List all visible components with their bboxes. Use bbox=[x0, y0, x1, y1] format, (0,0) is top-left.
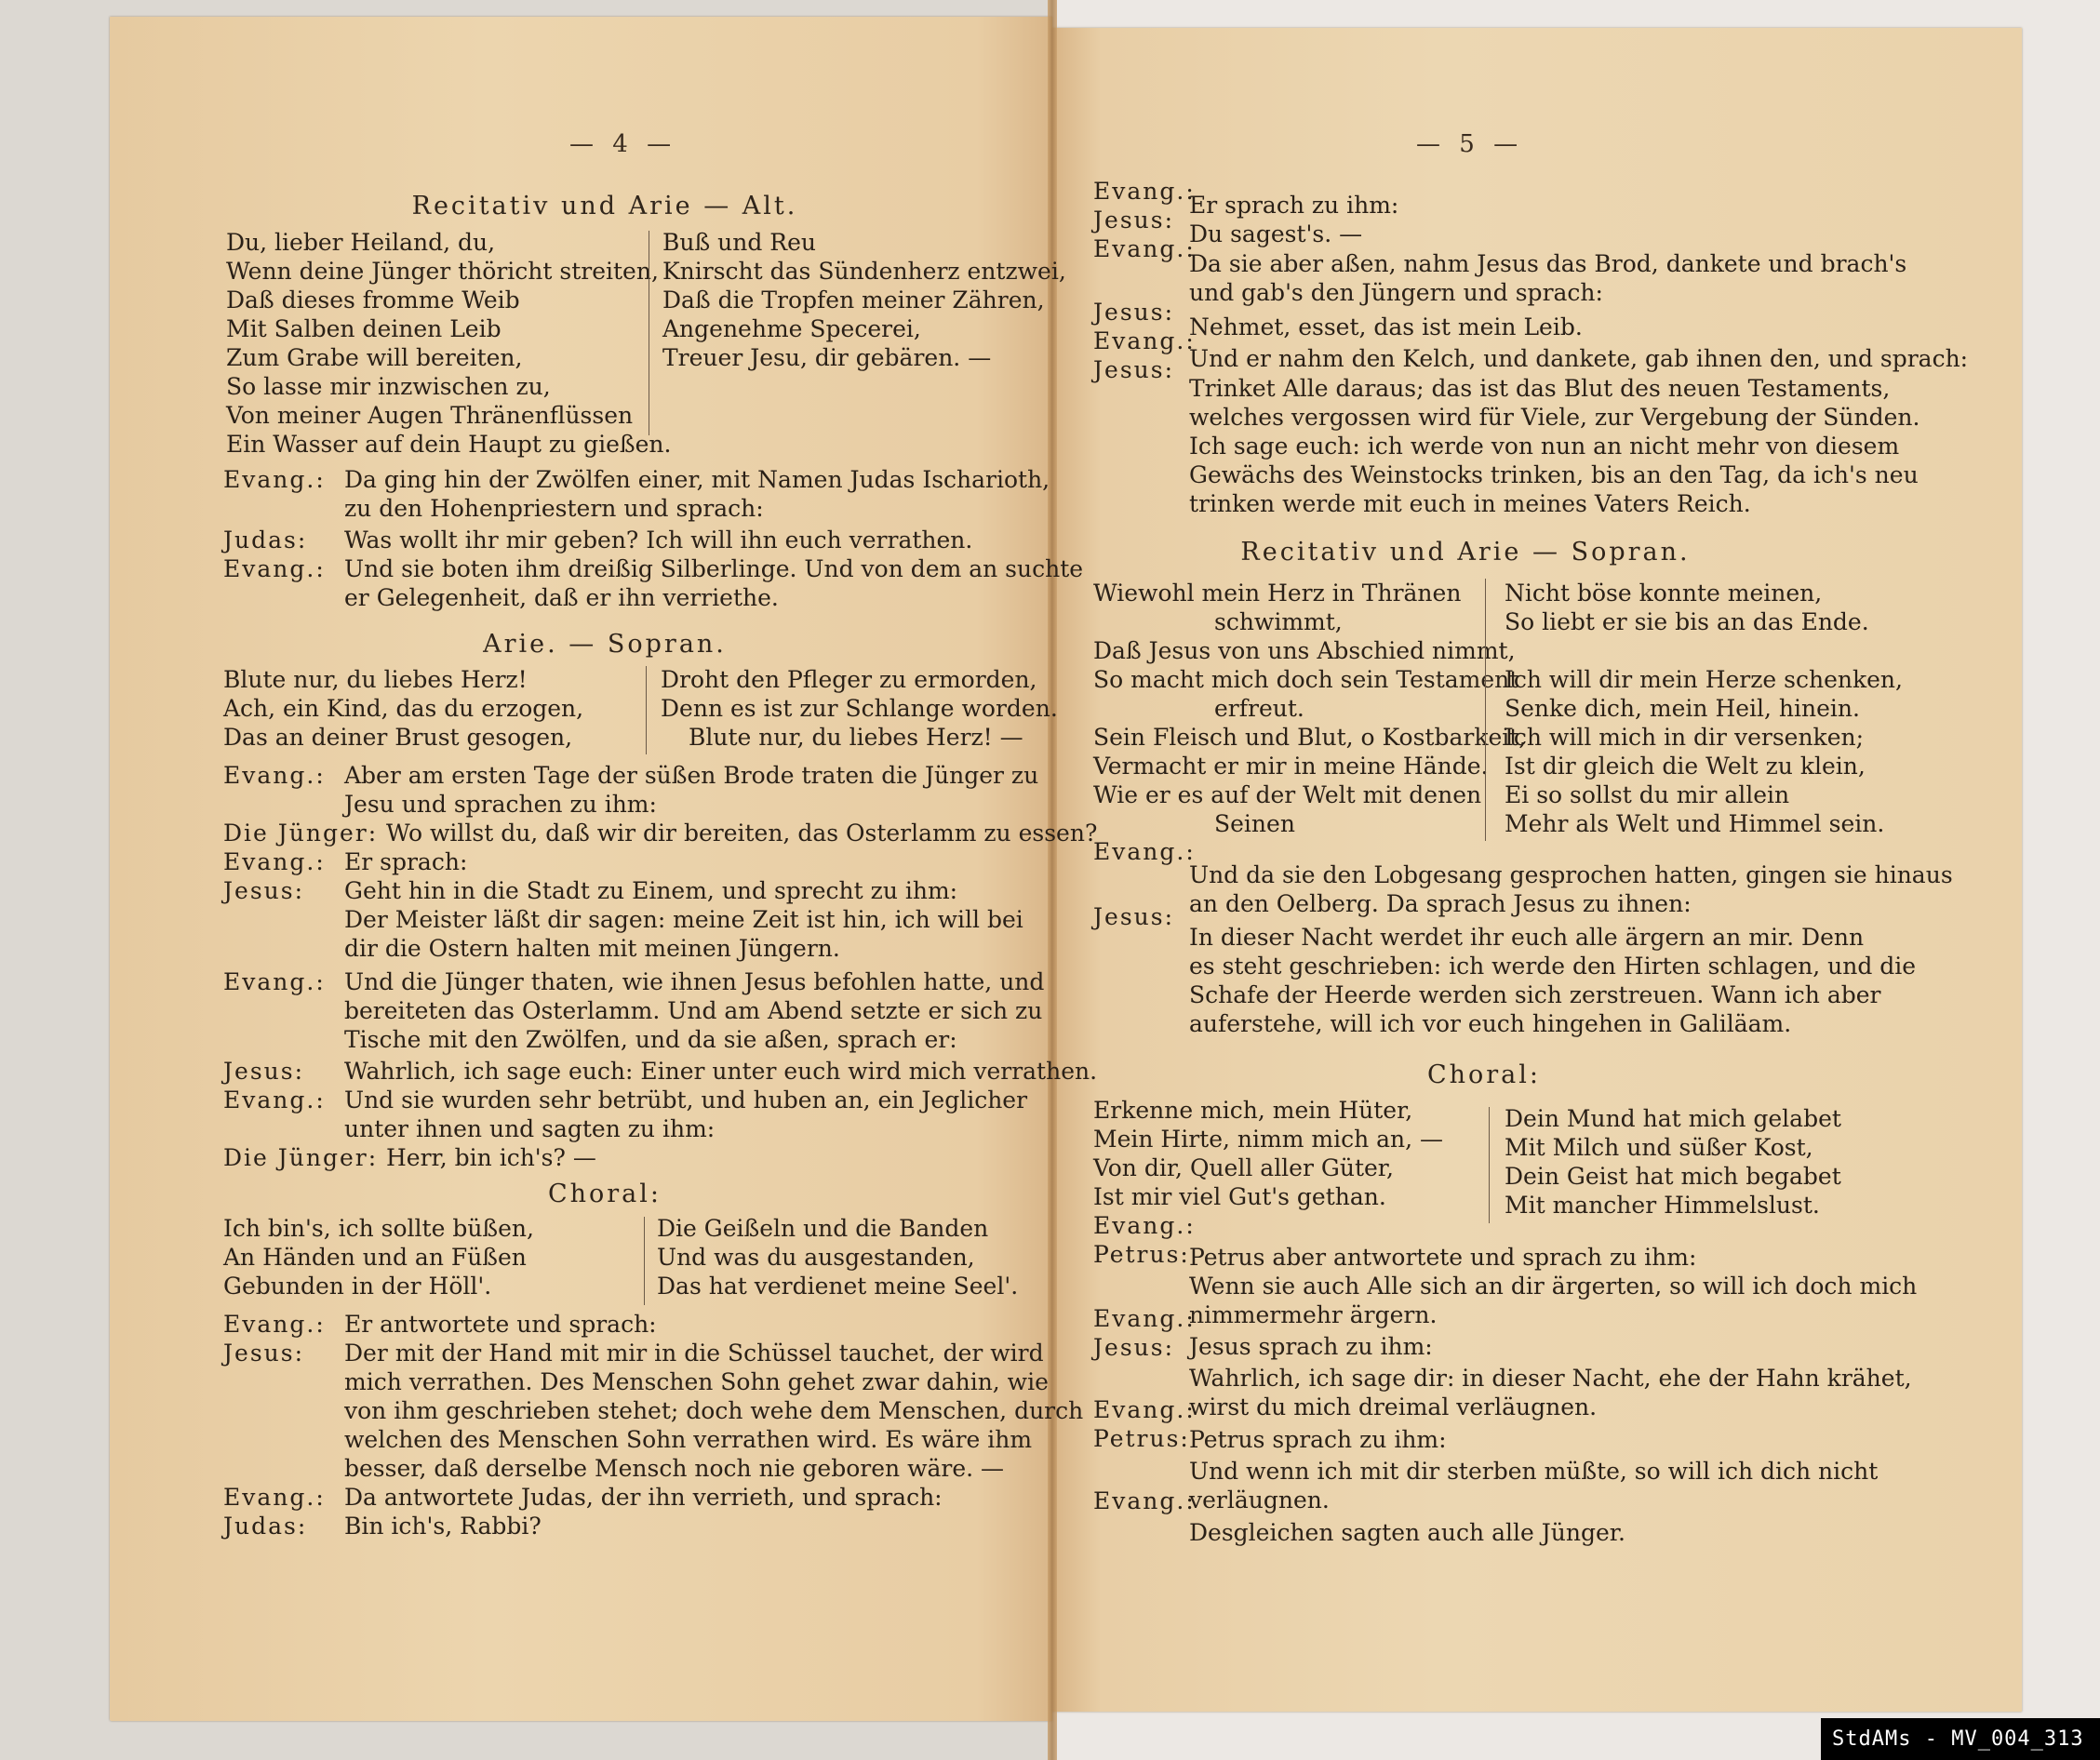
verse-line: Ist dir gleich die Welt zu klein, bbox=[1505, 752, 1866, 780]
column-divider bbox=[1489, 1107, 1490, 1223]
dialogue-line: Nehmet, esset, das ist mein Leib. bbox=[1189, 313, 1583, 341]
speaker-label: Jesus: bbox=[223, 876, 304, 905]
dialogue-line: Und die Jünger thaten, wie ihnen Jesus b… bbox=[344, 967, 1044, 996]
verse-line: Dein Mund hat mich gelabet bbox=[1505, 1104, 1841, 1133]
dialogue-line: Trinket Alle daraus; das ist das Blut de… bbox=[1189, 374, 1890, 403]
dialogue-line: Wo willst du, daß wir dir bereiten, das … bbox=[386, 819, 1097, 847]
dialogue-line: welchen des Menschen Sohn verrathen wird… bbox=[344, 1425, 1032, 1454]
speaker-label: Petrus: bbox=[1093, 1424, 1190, 1453]
speaker-label: Evang.: bbox=[1093, 1395, 1196, 1424]
column-divider bbox=[644, 1217, 645, 1305]
speaker-label: Jesus: bbox=[1093, 298, 1174, 327]
verse-line: Daß dieses fromme Weib bbox=[226, 286, 520, 314]
dialogue-line: Und wenn ich mit dir sterben müßte, so w… bbox=[1189, 1457, 1878, 1486]
verse-line: Angenehme Specerei, bbox=[662, 314, 921, 343]
dialogue-line: und gab's den Jüngern und sprach: bbox=[1189, 278, 1603, 307]
dialogue-line: Petrus sprach zu ihm: bbox=[1189, 1425, 1447, 1454]
section-title: Recitativ und Arie — Alt. bbox=[372, 192, 837, 220]
dialogue-line: Bin ich's, Rabbi? bbox=[344, 1512, 542, 1540]
verse-line: Gebunden in der Höll'. bbox=[223, 1272, 491, 1300]
speaker-label: Jesus: bbox=[1093, 902, 1174, 931]
dialogue-line: Was wollt ihr mir geben? Ich will ihn eu… bbox=[344, 526, 972, 554]
dialogue-line: Ich sage euch: ich werde von nun an nich… bbox=[1189, 432, 1899, 460]
speaker-label: Jesus: bbox=[1093, 355, 1174, 384]
dialogue-line: Tische mit den Zwölfen, und da sie aßen,… bbox=[344, 1025, 957, 1054]
speaker-label: Evang.: bbox=[223, 465, 326, 494]
dialogue-line: Da antwortete Judas, der ihn verrieth, u… bbox=[344, 1483, 943, 1512]
verse-line: Knirscht das Sündenherz entzwei, bbox=[662, 257, 1066, 286]
column-divider bbox=[646, 666, 647, 754]
section-title: Choral: bbox=[465, 1180, 744, 1208]
verse-line: So liebt er sie bis an das Ende. bbox=[1505, 607, 1869, 636]
speaker-label: Evang.: bbox=[1093, 177, 1196, 206]
dialogue-line: dir die Ostern halten mit meinen Jüngern… bbox=[344, 934, 840, 963]
speaker-label: Jesus: bbox=[223, 1057, 304, 1086]
dialogue-line: Wahrlich, ich sage dir: in dieser Nacht,… bbox=[1189, 1364, 1912, 1393]
verse-line: Wie er es auf der Welt mit denen bbox=[1093, 780, 1481, 809]
speaker-label: Evang.: bbox=[1093, 837, 1196, 866]
verse-line: So lasse mir inzwischen zu, bbox=[226, 372, 551, 401]
verse-line: Dein Geist hat mich begabet bbox=[1505, 1162, 1841, 1191]
dialogue-line: auferstehe, will ich vor euch hingehen i… bbox=[1189, 1009, 1791, 1038]
verse-line: Vermacht er mir in meine Hände. bbox=[1093, 752, 1488, 780]
speaker-label: Jesus: bbox=[1093, 206, 1174, 234]
verse-line: Daß die Tropfen meiner Zähren, bbox=[662, 286, 1045, 314]
verse-line: Senke dich, mein Heil, hinein. bbox=[1505, 694, 1860, 723]
verse-line: Mit mancher Himmelslust. bbox=[1505, 1191, 1820, 1220]
section-title: Recitativ und Arie — Sopran. bbox=[1210, 538, 1721, 567]
column-divider bbox=[649, 231, 649, 435]
verse-line: Mit Salben deinen Leib bbox=[226, 314, 502, 343]
verse-line: Mehr als Welt und Himmel sein. bbox=[1505, 809, 1884, 838]
speaker-label: Evang.: bbox=[223, 847, 326, 876]
dialogue-line: er Gelegenheit, daß er ihn verriethe. bbox=[344, 583, 779, 612]
page-number-right: — 5 — bbox=[1416, 130, 1523, 158]
verse-line: Wiewohl mein Herz in Thränen bbox=[1093, 579, 1461, 607]
verse-line: schwimmt, bbox=[1214, 607, 1343, 636]
dialogue-line: Schafe der Heerde werden sich zerstreuen… bbox=[1189, 980, 1880, 1009]
dialogue-line: mich verrathen. Des Menschen Sohn gehet … bbox=[344, 1367, 1049, 1396]
verse-line: Ich bin's, ich sollte büßen, bbox=[223, 1214, 534, 1243]
dialogue-line: Er sprach zu ihm: bbox=[1189, 191, 1398, 220]
verse-line: Denn es ist zur Schlange worden. bbox=[661, 694, 1058, 723]
speaker-label: Evang.: bbox=[1093, 1304, 1196, 1333]
verse-line: Seinen bbox=[1214, 809, 1295, 838]
speaker-label: Die Jünger: bbox=[223, 819, 378, 847]
verse-line: Ei so sollst du mir allein bbox=[1505, 780, 1789, 809]
speaker-label: Petrus: bbox=[1093, 1240, 1190, 1269]
verse-line: Treuer Jesu, dir gebären. — bbox=[662, 343, 991, 372]
dialogue-line: Der mit der Hand mit mir in die Schüssel… bbox=[344, 1339, 1044, 1367]
verse-line: So macht mich doch sein Testament bbox=[1093, 665, 1518, 694]
archive-label: StdAMs - MV_004_313 bbox=[1821, 1718, 2100, 1760]
verse-line: Ach, ein Kind, das du erzogen, bbox=[223, 694, 583, 723]
speaker-label: Evang.: bbox=[1093, 1487, 1196, 1515]
dialogue-line: nimmermehr ärgern. bbox=[1189, 1300, 1437, 1329]
dialogue-line: bereiteten das Osterlamm. Und am Abend s… bbox=[344, 996, 1042, 1025]
dialogue-line: verläugnen. bbox=[1189, 1486, 1330, 1514]
verse-line: Du, lieber Heiland, du, bbox=[226, 228, 495, 257]
dialogue-line: Wahrlich, ich sage euch: Einer unter euc… bbox=[344, 1057, 1097, 1086]
dialogue-line: Und sie wurden sehr betrübt, und huben a… bbox=[344, 1086, 1027, 1114]
dialogue-line: es steht geschrieben: ich werde den Hirt… bbox=[1189, 952, 1916, 980]
speaker-label: Evang.: bbox=[1093, 327, 1196, 355]
speaker-label: Evang.: bbox=[223, 1483, 326, 1512]
verse-line: Nicht böse konnte meinen, bbox=[1505, 579, 1822, 607]
dialogue-line: Du sagest's. — bbox=[1189, 220, 1362, 248]
dialogue-line: Wenn sie auch Alle sich an dir ärgerten,… bbox=[1189, 1272, 1917, 1300]
dialogue-line: von ihm geschrieben stehet; doch wehe de… bbox=[344, 1396, 1083, 1425]
dialogue-line: Petrus aber antwortete und sprach zu ihm… bbox=[1189, 1243, 1696, 1272]
verse-line: Ich will mich in dir versenken; bbox=[1505, 723, 1864, 752]
dialogue-line: In dieser Nacht werdet ihr euch alle ärg… bbox=[1189, 923, 1864, 952]
verse-line: Wenn deine Jünger thöricht streiten, bbox=[226, 257, 659, 286]
speaker-label: Jesus: bbox=[1093, 1333, 1174, 1362]
dialogue-line: zu den Hohenpriestern und sprach: bbox=[344, 494, 764, 523]
verse-line: Das an deiner Brust gesogen, bbox=[223, 723, 572, 752]
verse-line: Ich will dir mein Herze schenken, bbox=[1505, 665, 1903, 694]
dialogue-line: Er antwortete und sprach: bbox=[344, 1310, 657, 1339]
dialogue-line: unter ihnen und sagten zu ihm: bbox=[344, 1114, 715, 1143]
verse-line: Die Geißeln und die Banden bbox=[657, 1214, 988, 1243]
speaker-label: Evang.: bbox=[223, 1086, 326, 1114]
verse-line: Buß und Reu bbox=[662, 228, 816, 257]
verse-line: Mein Hirte, nimm mich an, — bbox=[1093, 1125, 1443, 1153]
speaker-label: Evang.: bbox=[1093, 1211, 1196, 1240]
speaker-label: Jesus: bbox=[223, 1339, 304, 1367]
verse-line: Von dir, Quell aller Güter, bbox=[1093, 1153, 1394, 1182]
verse-line: Daß Jesus von uns Abschied nimmt, bbox=[1093, 636, 1516, 665]
speaker-label: Evang.: bbox=[223, 761, 326, 790]
page-number-left: — 4 — bbox=[569, 130, 676, 158]
dialogue-line: Da sie aber aßen, nahm Jesus das Brod, d… bbox=[1189, 249, 1906, 278]
verse-line: Zum Grabe will bereiten, bbox=[226, 343, 522, 372]
section-title: Choral: bbox=[1368, 1060, 1600, 1089]
speaker-label: Evang.: bbox=[223, 1310, 326, 1339]
dialogue-line: Er sprach: bbox=[344, 847, 467, 876]
dialogue-line: Gewächs des Weinstocks trinken, bis an d… bbox=[1189, 460, 1919, 489]
verse-line: Und was du ausgestanden, bbox=[657, 1243, 975, 1272]
speaker-label: Evang.: bbox=[223, 967, 326, 996]
speaker-label: Judas: bbox=[223, 1512, 307, 1540]
dialogue-line: besser, daß derselbe Mensch noch nie geb… bbox=[344, 1454, 1004, 1483]
verse-line: Blute nur, du liebes Herz! bbox=[223, 665, 528, 694]
dialogue-line: trinken werde mit euch in meines Vaters … bbox=[1189, 489, 1751, 518]
verse-line: Erkenne mich, mein Hüter, bbox=[1093, 1096, 1412, 1125]
verse-line: An Händen und an Füßen bbox=[223, 1243, 527, 1272]
dialogue-line: Desgleichen sagten auch alle Jünger. bbox=[1189, 1518, 1625, 1547]
dialogue-line: Und da sie den Lobgesang gesprochen hatt… bbox=[1189, 860, 1953, 889]
dialogue-line: Der Meister läßt dir sagen: meine Zeit i… bbox=[344, 905, 1023, 934]
dialogue-line: Herr, bin ich's? — bbox=[386, 1143, 596, 1172]
column-divider bbox=[1485, 579, 1486, 841]
verse-line: Von meiner Augen Thränenflüssen bbox=[226, 401, 633, 430]
speaker-label: Evang.: bbox=[1093, 234, 1196, 263]
dialogue-line: an den Oelberg. Da sprach Jesus zu ihnen… bbox=[1189, 889, 1692, 918]
verse-line: Mit Milch und süßer Kost, bbox=[1505, 1133, 1813, 1162]
verse-line: Das hat verdienet meine Seel'. bbox=[657, 1272, 1018, 1300]
dialogue-line: Und sie boten ihm dreißig Silberlinge. U… bbox=[344, 554, 1083, 583]
verse-line: Ein Wasser auf dein Haupt zu gießen. bbox=[226, 430, 671, 459]
verse-line: Ist mir viel Gut's gethan. bbox=[1093, 1182, 1386, 1211]
dialogue-line: Geht hin in die Stadt zu Einem, und spre… bbox=[344, 876, 957, 905]
dialogue-line: Aber am ersten Tage der süßen Brode trat… bbox=[344, 761, 1038, 790]
dialogue-line: Und er nahm den Kelch, und dankete, gab … bbox=[1189, 344, 1968, 373]
section-title: Arie. — Sopran. bbox=[419, 630, 791, 659]
speaker-label: Evang.: bbox=[223, 554, 326, 583]
dialogue-line: welches vergossen wird für Viele, zur Ve… bbox=[1189, 403, 1919, 432]
dialogue-line: Jesu und sprachen zu ihm: bbox=[344, 790, 657, 819]
dialogue-line: Jesus sprach zu ihm: bbox=[1189, 1332, 1433, 1361]
verse-line: Droht den Pfleger zu ermorden, bbox=[661, 665, 1037, 694]
dialogue-line: wirst du mich dreimal verläugnen. bbox=[1189, 1393, 1597, 1421]
dialogue-line: Da ging hin der Zwölfen einer, mit Namen… bbox=[344, 465, 1050, 494]
verse-line: Sein Fleisch und Blut, o Kostbarkeit, bbox=[1093, 723, 1526, 752]
verse-line: Blute nur, du liebes Herz! — bbox=[689, 723, 1023, 752]
speaker-label: Die Jünger: bbox=[223, 1143, 378, 1172]
speaker-label: Judas: bbox=[223, 526, 307, 554]
verse-line: erfreut. bbox=[1214, 694, 1304, 723]
